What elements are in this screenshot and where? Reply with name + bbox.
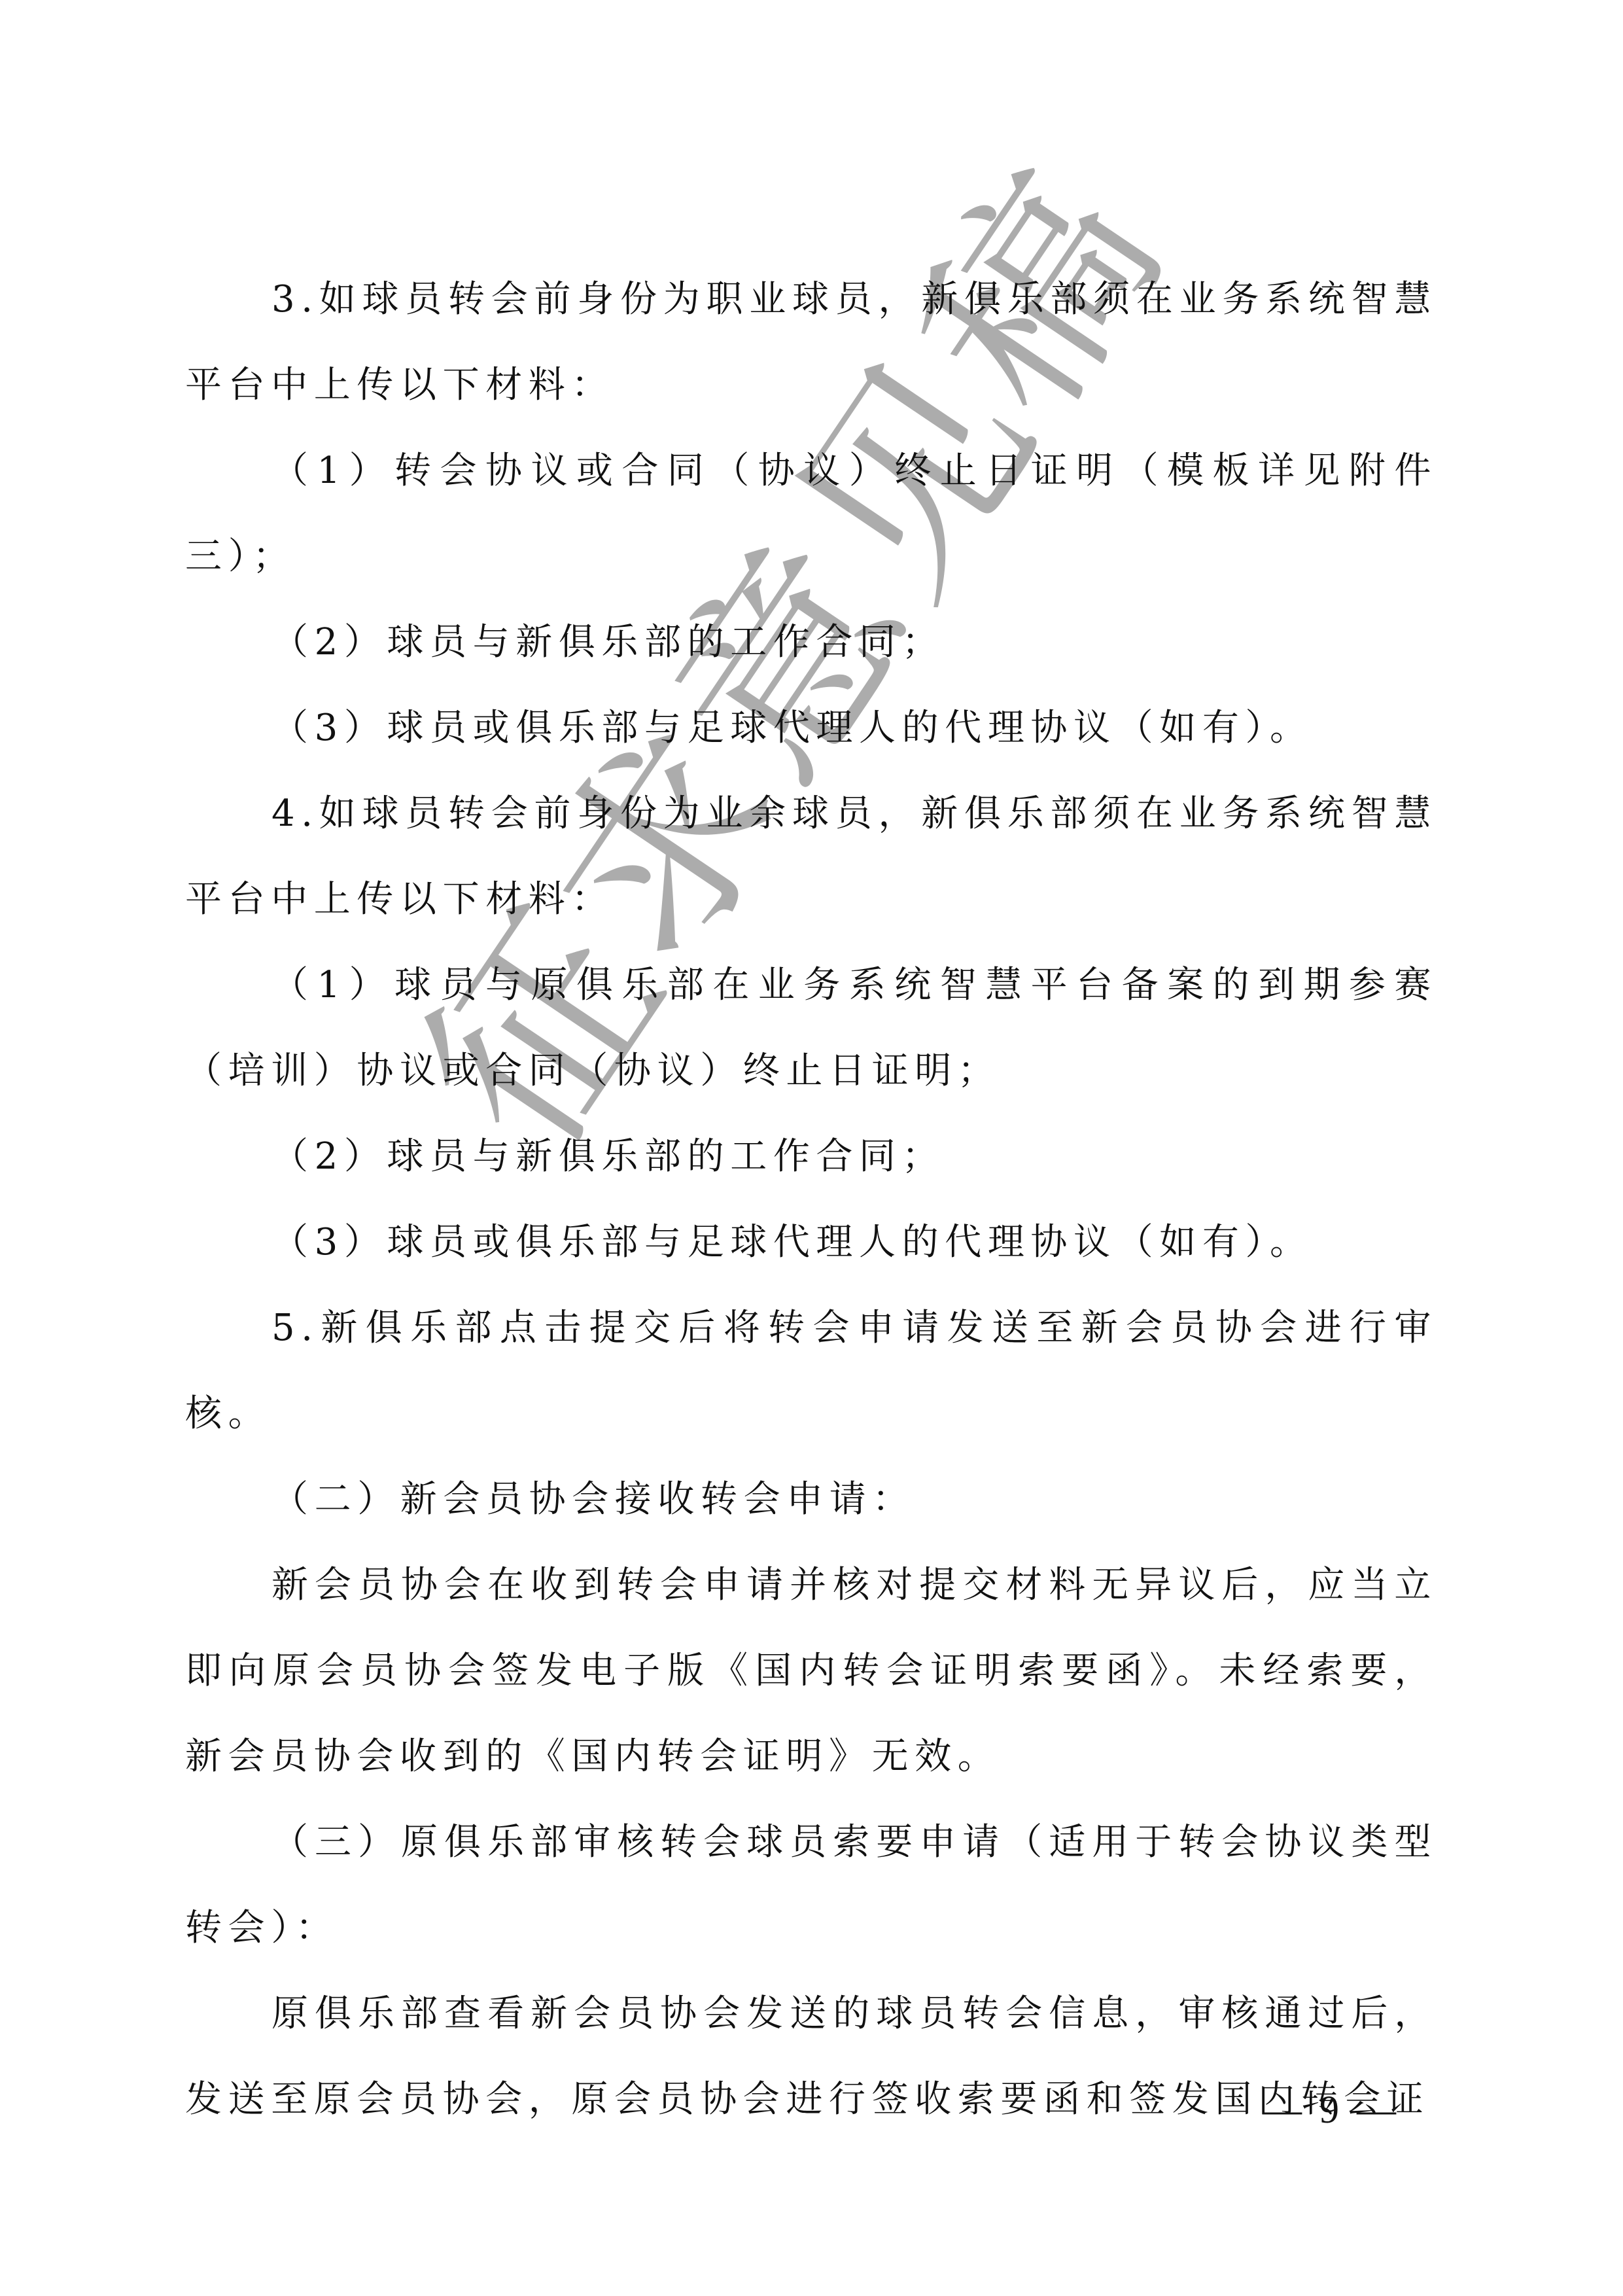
item-5-paragraph: 5.新俱乐部点击提交后将转会申请发送至新会员协会进行审核。 [185,1285,1437,1457]
item-3-paragraph: 3.如球员转会前身份为职业球员，新俱乐部须在业务系统智慧平台中上传以下材料： [185,256,1437,428]
item-4-sub-1: （1）球员与原俱乐部在业务系统智慧平台备案的到期参赛（培训）协议或合同（协议）终… [185,942,1437,1114]
item-4-paragraph: 4.如球员转会前身份为业余球员，新俱乐部须在业务系统智慧平台中上传以下材料： [185,771,1437,942]
document-body: 3.如球员转会前身份为职业球员，新俱乐部须在业务系统智慧平台中上传以下材料： （… [185,256,1437,2142]
document-page: 征求意见稿 3.如球员转会前身份为职业球员，新俱乐部须在业务系统智慧平台中上传以… [0,0,1623,2296]
section-2-body: 新会员协会在收到转会申请并核对提交材料无异议后，应当立即向原会员协会签发电子版《… [185,1542,1437,1799]
item-4-sub-2: （2）球员与新俱乐部的工作合同； [185,1114,1437,1199]
section-3-heading: （三）原俱乐部审核转会球员索要申请（适用于转会协议类型转会）： [185,1799,1437,1971]
item-4-sub-3: （3）球员或俱乐部与足球代理人的代理协议（如有）。 [185,1199,1437,1285]
item-3-sub-2: （2）球员与新俱乐部的工作合同； [185,599,1437,685]
item-3-sub-3: （3）球员或俱乐部与足球代理人的代理协议（如有）。 [185,685,1437,771]
item-3-sub-1: （1）转会协议或合同（协议）终止日证明（模板详见附件三）； [185,428,1437,599]
section-3-body: 原俱乐部查看新会员协会发送的球员转会信息，审核通过后，发送至原会员协会，原会员协… [185,1971,1437,2142]
section-2-heading: （二）新会员协会接收转会申请： [185,1457,1437,1542]
